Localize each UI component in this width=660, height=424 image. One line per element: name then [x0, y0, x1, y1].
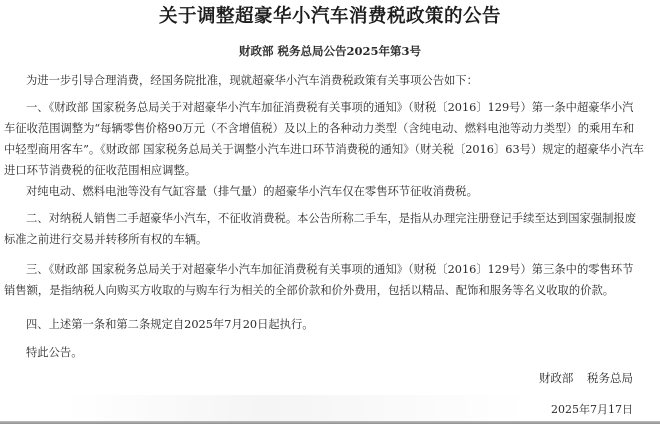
- document-title: 关于调整超豪华小汽车消费税政策的公告: [0, 2, 660, 28]
- paragraph-item-two: 二、对纳税人销售二手超豪华小汽车，不征收消费税。本公告所称二手车，是指从办理完注…: [4, 208, 644, 250]
- signature-issuers: 财政部 税务总局: [539, 370, 633, 386]
- paragraph-item-one: 一、《财政部 国家税务总局关于对超豪华小汽车加征消费税有关事项的通知》（财税〔2…: [4, 97, 644, 181]
- paragraph-item-four: 四、上述第一条和第二条规定自2025年7月20日起执行。: [4, 314, 644, 335]
- paragraph-intro: 为进一步引导合理消费，经国务院批准，现就超豪华小汽车消费税政策有关事项公告如下：: [4, 70, 644, 91]
- paragraph-closing: 特此公告。: [4, 342, 644, 363]
- paragraph-item-one-supplement: 对纯电动、燃料电池等没有气缸容量（排气量）的超豪华小汽车仅在零售环节征收消费税。: [4, 181, 644, 202]
- document-number: 财政部 税务总局公告2025年第3号: [0, 43, 660, 59]
- signature-date: 2025年7月17日: [551, 401, 633, 417]
- paragraph-item-three: 三、《财政部 国家税务总局关于对超豪华小汽车加征消费税有关事项的通知》（财税〔2…: [4, 259, 644, 301]
